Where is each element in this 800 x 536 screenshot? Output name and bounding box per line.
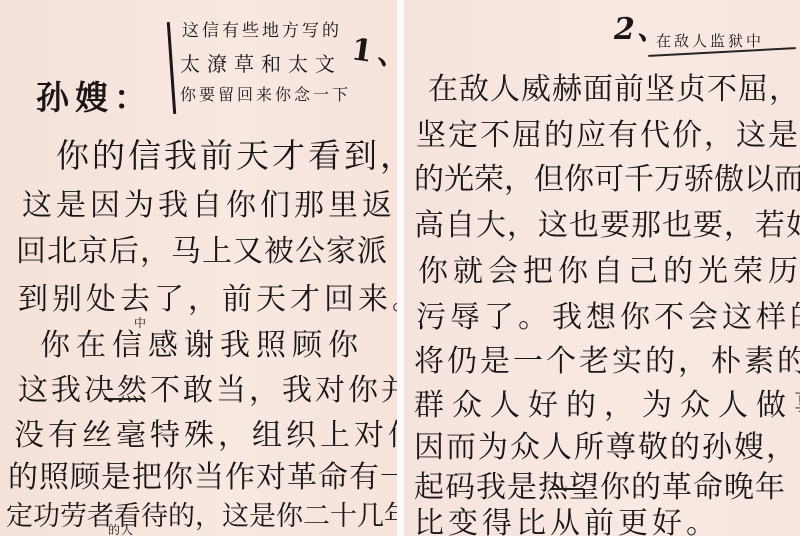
letter-line-9: 定功劳者看待的，这是你二十几年前 [6,494,397,533]
letter-line-1: 在敌人威赫面前坚贞不屈， [428,64,800,108]
page-number-mark: 1、 [349,24,397,76]
letter-line-8: 的照顾是把你当作对革命有一 [8,452,397,496]
insertion-above-line: 在敌人监狱中 [656,30,764,51]
letter-line-2: 这是因为我自你们那里返 [22,180,396,224]
letter-line-1: 你的信我前天才看到， [56,130,397,177]
letter-line-5: 你就会把你自己的光荣历史 [418,246,800,290]
letter-line-6: 这我决然不敢当，我对你并 [18,365,397,409]
underline-mark [104,398,144,400]
margin-note-line-2: 太潦草和太文 [180,48,342,77]
margin-note-line-1: 这信有些地方写的 [182,16,342,41]
salutation: 孙嫂： [36,72,153,119]
letter-page-1: 孙嫂： 这信有些地方写的 太潦草和太文 你要留回来你念一下 1、 你的信我前天才… [0,0,397,536]
letter-line-4: 到别处去了，前天才回来。 [18,274,397,318]
letter-line-4: 高自大，这也要那也要，若如此， [414,200,800,244]
letter-line-7: 没有丝毫特殊，组织上对你 [14,410,397,454]
underline-mark [550,488,584,490]
letter-line-3: 回北京后，马上又被公家派 [16,226,388,270]
insertion-mark: 的人 [108,521,134,536]
margin-note-divider [167,22,176,114]
letter-line-7: 将仍是一个老实的，朴素的，对 [414,336,800,380]
letter-line-2: 坚定不屈的应有代价，这是你 [416,110,800,154]
page-gutter [397,0,404,536]
letter-line-8: 群众人好的，为众人做事的 [414,380,800,424]
letter-line-9: 因而为众人所尊敬的孙嫂， [414,422,798,466]
letter-page-2: 2、 在敌人监狱中 在敌人威赫面前坚贞不屈， 坚定不屈的应有代价，这是你 的光荣… [404,0,800,536]
letter-line-5: 你在信感谢我照顾你 [40,320,364,364]
letter-line-6: 污辱了。我想你不会这样的，仍 [416,292,800,336]
letter-line-11: 比变得比从前更好。 [414,498,720,536]
margin-note-line-3: 你要留回来你念一下 [180,82,351,105]
letter-line-3: 的光荣，但你可千万骄傲以而自 [414,154,800,198]
